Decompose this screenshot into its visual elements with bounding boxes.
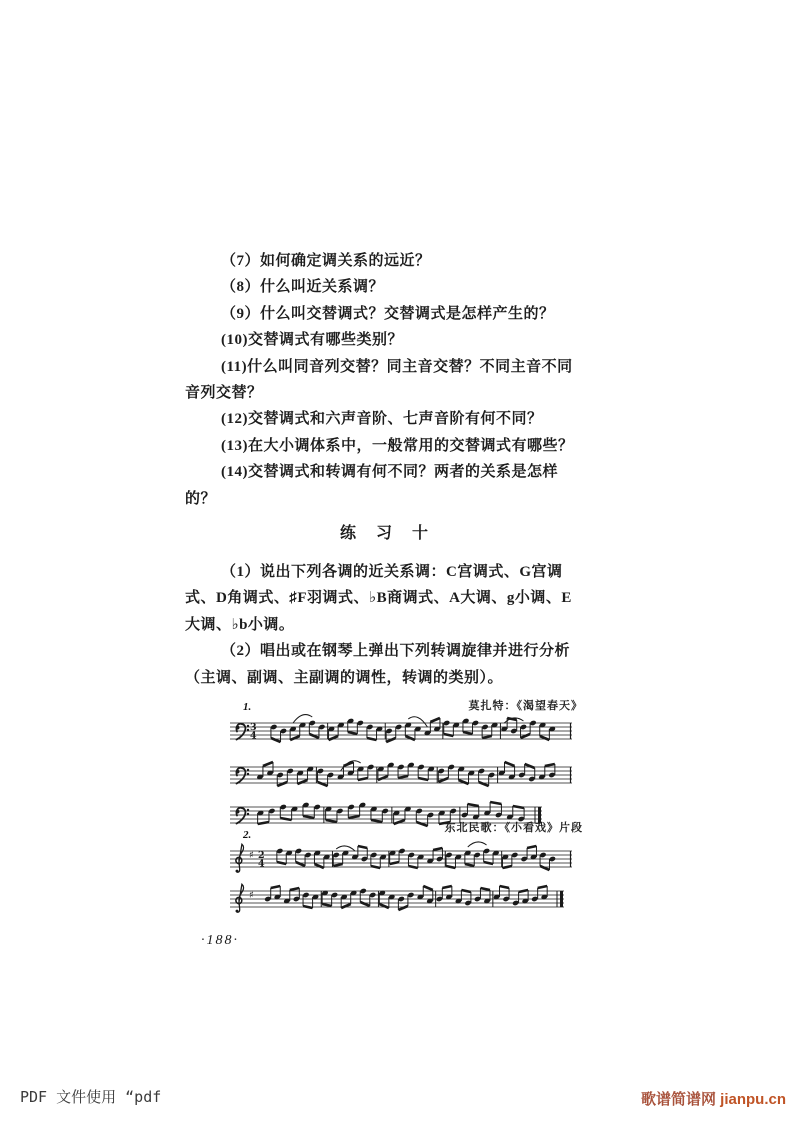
question-line: (12)交替调式和六声音阶、七声音阶有何不同？ [185,406,585,432]
question-line: (13)在大小调体系中，一般常用的交替调式有哪些？ [185,433,585,459]
questions: （7）如何确定调关系的远近？（8）什么叫近关系调？（9）什么叫交替调式？交替调式… [185,248,585,512]
exercise-para-2: （2）唱出或在钢琴上弹出下列转调旋律并进行分析（主调、副调、主副调的调性，转调的… [185,638,585,691]
pdf-watermark-text: PDF 文件使用 “pdf [20,1086,161,1107]
staff-5: ♯ [230,879,564,925]
exercise-paragraphs: （1）说出下列各调的近关系调：C宫调式、G宫调式、D角调式、♯F羽调式、♭B商调… [185,559,585,691]
staff-1: 34 [230,711,572,757]
score-caption-folk: 东北民歌：《小看戏》片段 [445,819,584,835]
question-line: (14)交替调式和转调有何不同？两者的关系是怎样的？ [185,459,585,512]
music-notation-block: 莫扎特：《渴望春天》 1. 34 东北民歌：《小看戏》片段 2. ♯24 ♯ [185,697,585,929]
scanned-book-page: （7）如何确定调关系的远近？（8）什么叫近关系调？（9）什么叫交替调式？交替调式… [0,0,794,1122]
text-block: （7）如何确定调关系的远近？（8）什么叫近关系调？（9）什么叫交替调式？交替调式… [185,248,585,949]
svg-text:♯: ♯ [249,890,254,901]
treble-staff-svg: ♯ [230,879,564,925]
site-watermark-cn: 歌谱简谱网 [641,1091,716,1108]
exercise-para-1: （1）说出下列各调的近关系调：C宫调式、G宫调式、D角调式、♯F羽调式、♭B商调… [185,559,585,638]
bass-staff-svg: 34 [230,711,572,757]
site-watermark-domain: jianpu.cn [720,1091,786,1108]
question-line: （7）如何确定调关系的远近？ [185,248,585,274]
question-line: (11)什么叫同音列交替？同主音交替？不同主音不同音列交替？ [185,354,585,407]
question-line: （8）什么叫近关系调？ [185,274,585,300]
question-line: (10)交替调式有哪些类别？ [185,327,585,353]
site-watermark: 歌谱简谱网 jianpu.cn [641,1088,786,1109]
svg-text:4: 4 [250,731,257,742]
exercise-heading: 练 习 十 [185,521,585,547]
page-number: ·188· [201,933,585,949]
question-line: （9）什么叫交替调式？交替调式是怎样产生的？ [185,301,585,327]
svg-text:♯: ♯ [249,850,254,861]
svg-text:4: 4 [258,859,265,870]
